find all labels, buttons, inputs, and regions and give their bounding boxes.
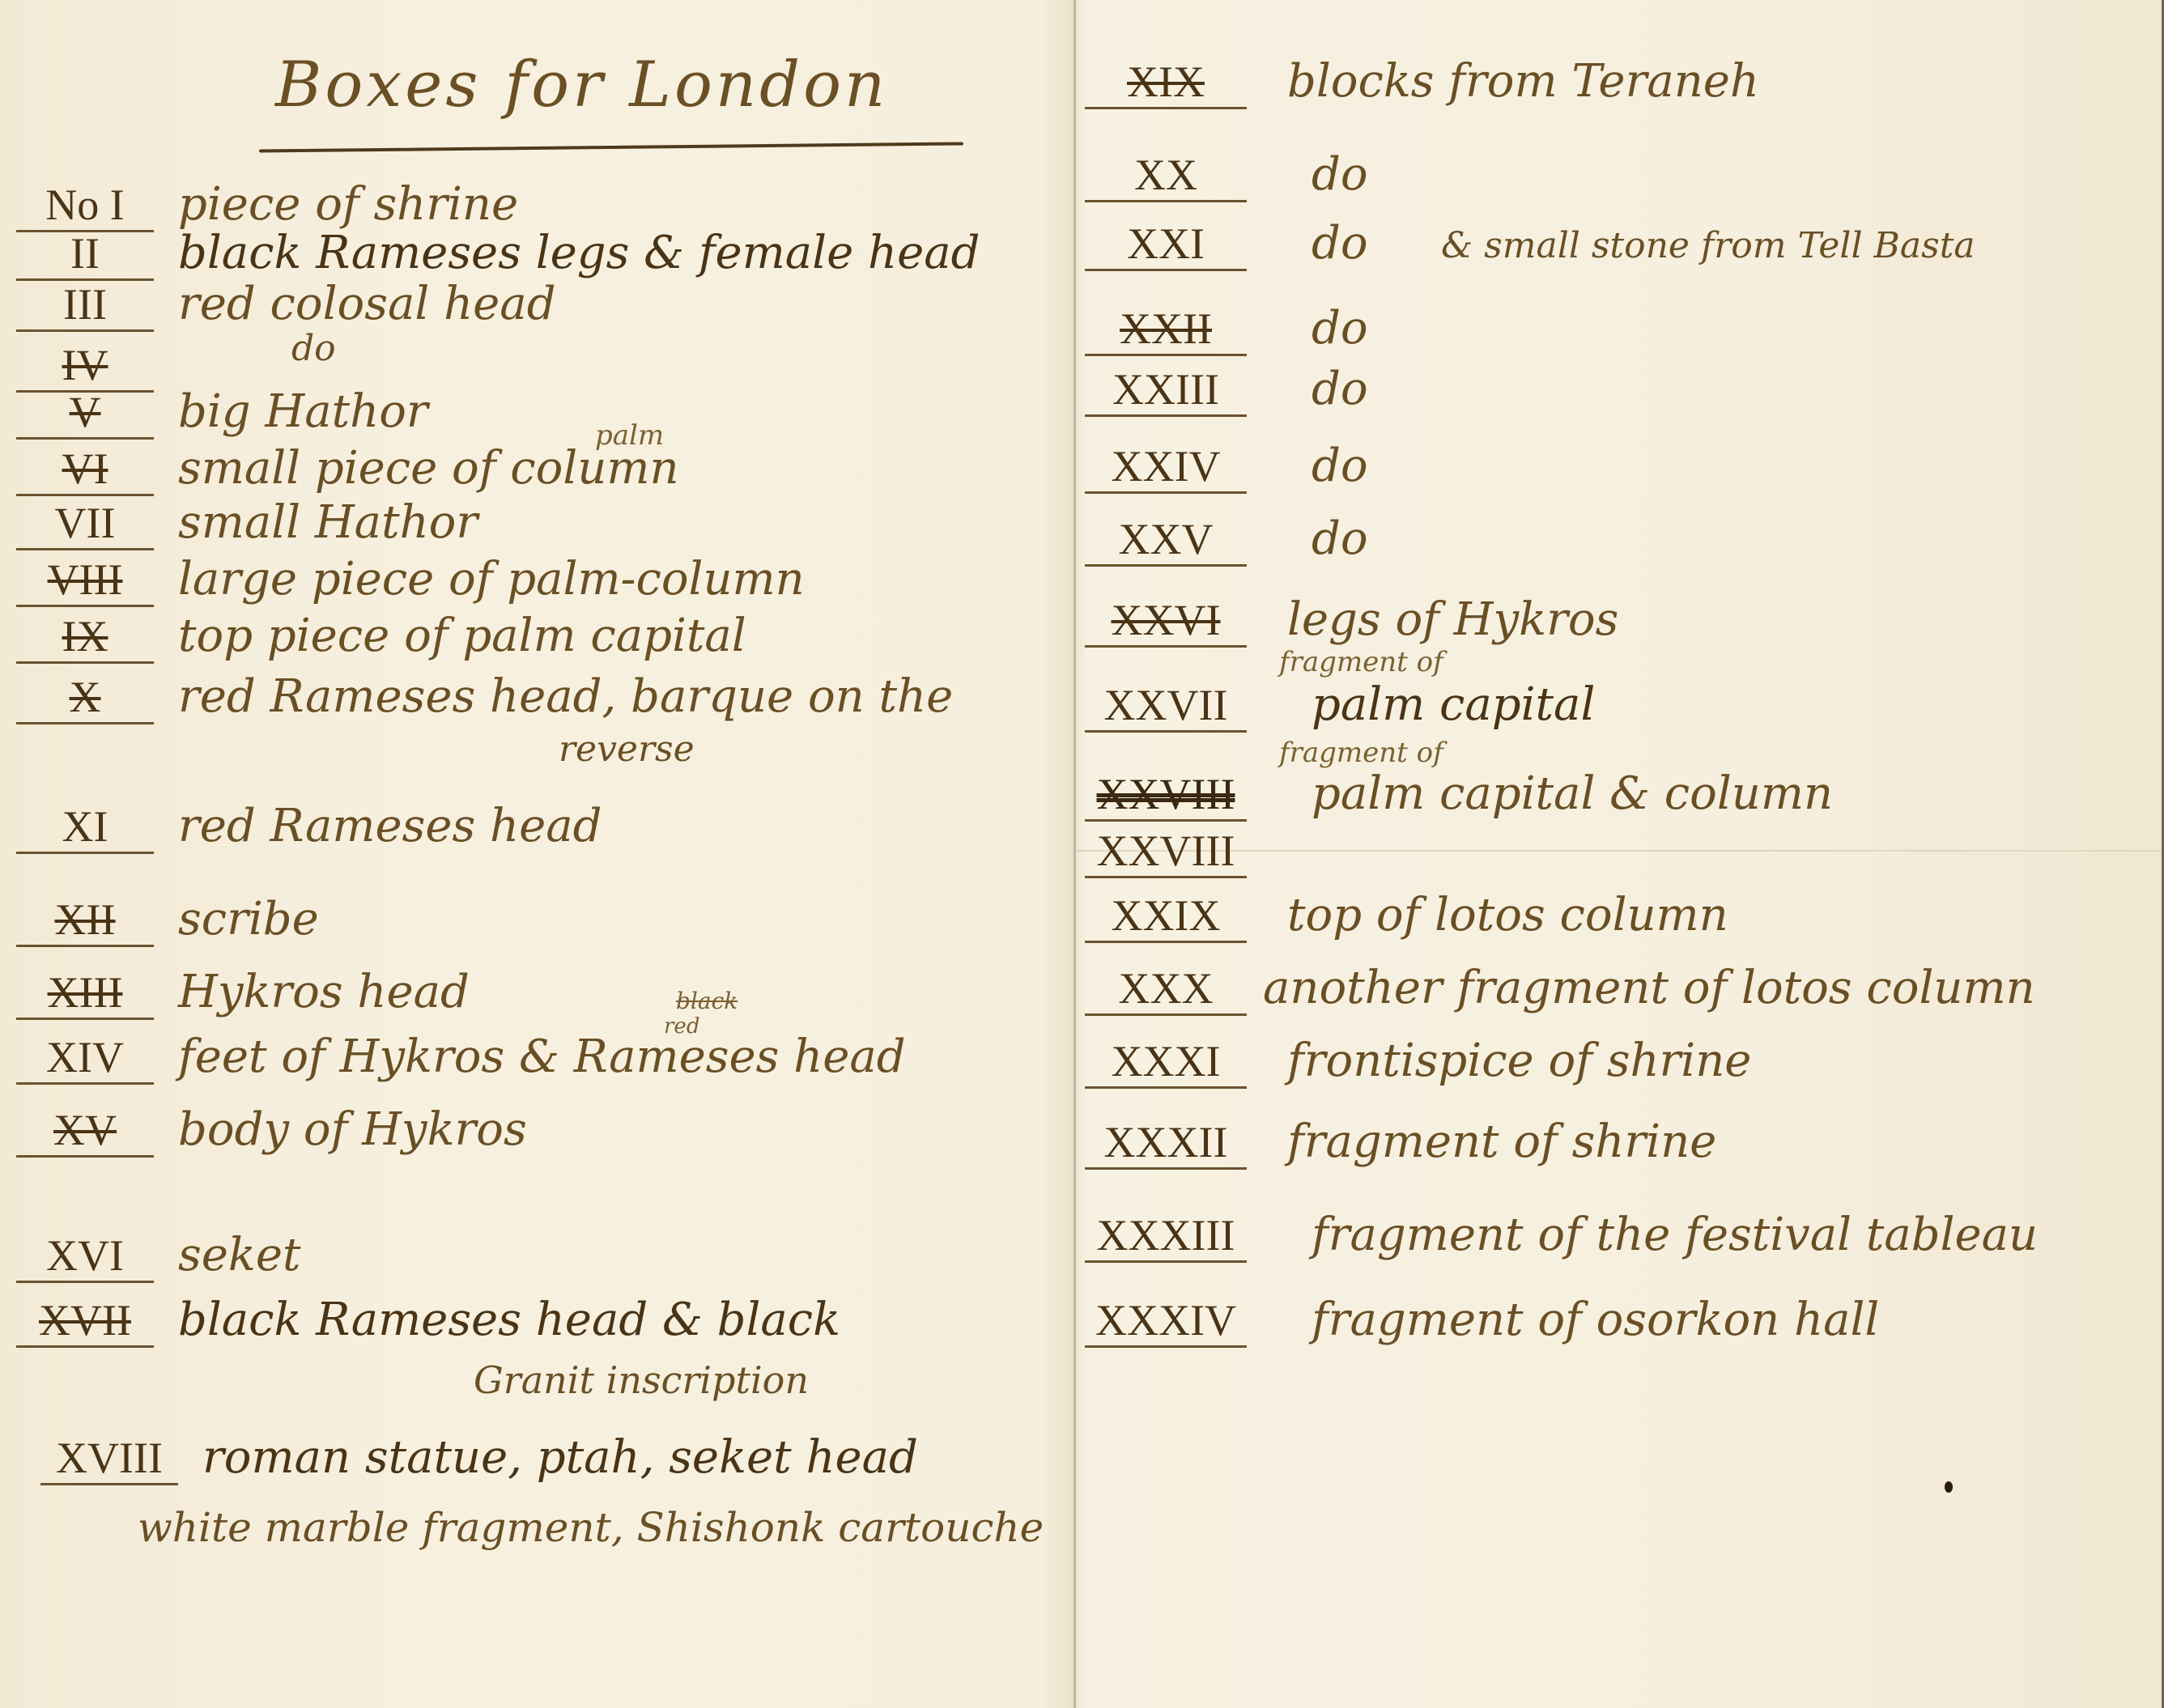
box-number: XXXIII — [1085, 1210, 1247, 1263]
box-number: XXXIV — [1085, 1295, 1247, 1348]
box-description: do — [1312, 514, 1368, 564]
box-description: fragment of osorkon hall — [1312, 1295, 1879, 1345]
box-number: XVII — [16, 1295, 154, 1348]
box-description: another fragment of lotos column — [1263, 963, 2035, 1013]
box-description: Hykros head — [178, 967, 470, 1018]
inserted-word: fragment of — [1279, 737, 1443, 769]
box-number: XXI — [1085, 219, 1247, 271]
continuation-line: Granit inscription — [474, 1358, 809, 1402]
box-number: XVI — [16, 1230, 154, 1283]
box-description: do — [1312, 219, 1368, 269]
box-description: fragment of shrine — [1287, 1117, 1716, 1167]
box-number: V — [16, 387, 154, 440]
struck-insert: black — [676, 988, 738, 1014]
box-description: do — [1312, 441, 1368, 491]
box-number: XXII — [1085, 304, 1247, 356]
box-number: No I — [16, 180, 154, 232]
box-number: II — [16, 228, 154, 281]
box-number: XXVI — [1085, 595, 1247, 648]
box-description: big Hathor — [178, 387, 428, 437]
extra-note: & small stone from Tell Basta — [1441, 225, 1975, 266]
box-description: do — [291, 324, 336, 374]
inserted-word: red — [664, 1014, 699, 1039]
box-description: black Rameses legs & female head — [178, 228, 980, 278]
box-number-struck: XXVIII — [1085, 769, 1247, 822]
box-number: XXV — [1085, 514, 1247, 567]
continuation-line: reverse — [559, 729, 695, 770]
box-number: XXVII — [1085, 680, 1247, 733]
inserted-word: fragment of — [1279, 646, 1443, 678]
box-description: palm capital & column — [1312, 769, 1833, 819]
box-description: do — [1312, 304, 1368, 354]
box-description: frontispice of shrine — [1287, 1036, 1751, 1086]
box-description: top piece of palm capital — [178, 611, 746, 661]
box-description: piece of shrine — [178, 180, 518, 230]
box-number: XXXII — [1085, 1117, 1247, 1170]
title-underline — [259, 142, 963, 152]
box-number: VI — [16, 444, 154, 496]
box-description: red Rameses head, barque on the — [178, 672, 953, 722]
box-number: XIV — [16, 1032, 154, 1085]
left-page: Boxes for London No I piece of shrine II… — [0, 0, 1073, 1708]
box-description: roman statue, ptah, seket head — [202, 1433, 918, 1483]
letter-sheet: Boxes for London No I piece of shrine II… — [0, 0, 2164, 1708]
box-number: XXIV — [1085, 441, 1247, 494]
box-number: X — [16, 672, 154, 724]
box-number: XIII — [16, 967, 154, 1020]
box-description: do — [1312, 364, 1368, 414]
box-number: IV — [16, 340, 154, 393]
box-number: XXX — [1085, 963, 1247, 1016]
box-description: red colosal head — [178, 279, 556, 329]
box-description: top of lotos column — [1287, 890, 1728, 941]
box-number: XI — [16, 801, 154, 854]
box-description: palm capital — [1312, 680, 1595, 730]
box-description: blocks from Teraneh — [1287, 57, 1759, 107]
box-description: small Hathor — [178, 498, 478, 548]
box-description: fragment of the festival tableau — [1312, 1210, 2038, 1260]
box-description: black Rameses head & black — [178, 1295, 840, 1345]
page-title: Boxes for London — [275, 49, 888, 121]
box-number: XV — [16, 1105, 154, 1158]
box-description: feet of Hykros & Rameses head — [178, 1032, 906, 1082]
box-number: IX — [16, 611, 154, 664]
ink-spot — [1945, 1481, 1953, 1493]
center-fold — [1073, 0, 1076, 1708]
box-number: XII — [16, 894, 154, 947]
box-description: large piece of palm-column — [178, 554, 805, 605]
box-description: scribe — [178, 894, 319, 945]
box-number: XVIII — [40, 1433, 178, 1485]
box-description: red Rameses head — [178, 801, 602, 852]
box-number: XXXI — [1085, 1036, 1247, 1089]
box-number: XXIX — [1085, 890, 1247, 943]
box-description: seket — [178, 1230, 300, 1281]
box-number: VII — [16, 498, 154, 550]
box-description: do — [1312, 150, 1368, 200]
continuation-line: white marble fragment, Shishonk cartouch… — [138, 1504, 1044, 1551]
box-number: VIII — [16, 554, 154, 607]
inserted-word: palm — [595, 419, 664, 452]
box-description: legs of Hykros — [1287, 595, 1618, 645]
box-number: XXIII — [1085, 364, 1247, 417]
box-number: III — [16, 279, 154, 332]
box-number: XXVIII — [1085, 826, 1247, 878]
right-page: XIX blocks from Teraneh XX do XXI do & s… — [1077, 0, 2164, 1708]
box-number: XIX — [1085, 57, 1247, 109]
box-number: XX — [1085, 150, 1247, 202]
box-description: body of Hykros — [178, 1105, 527, 1155]
